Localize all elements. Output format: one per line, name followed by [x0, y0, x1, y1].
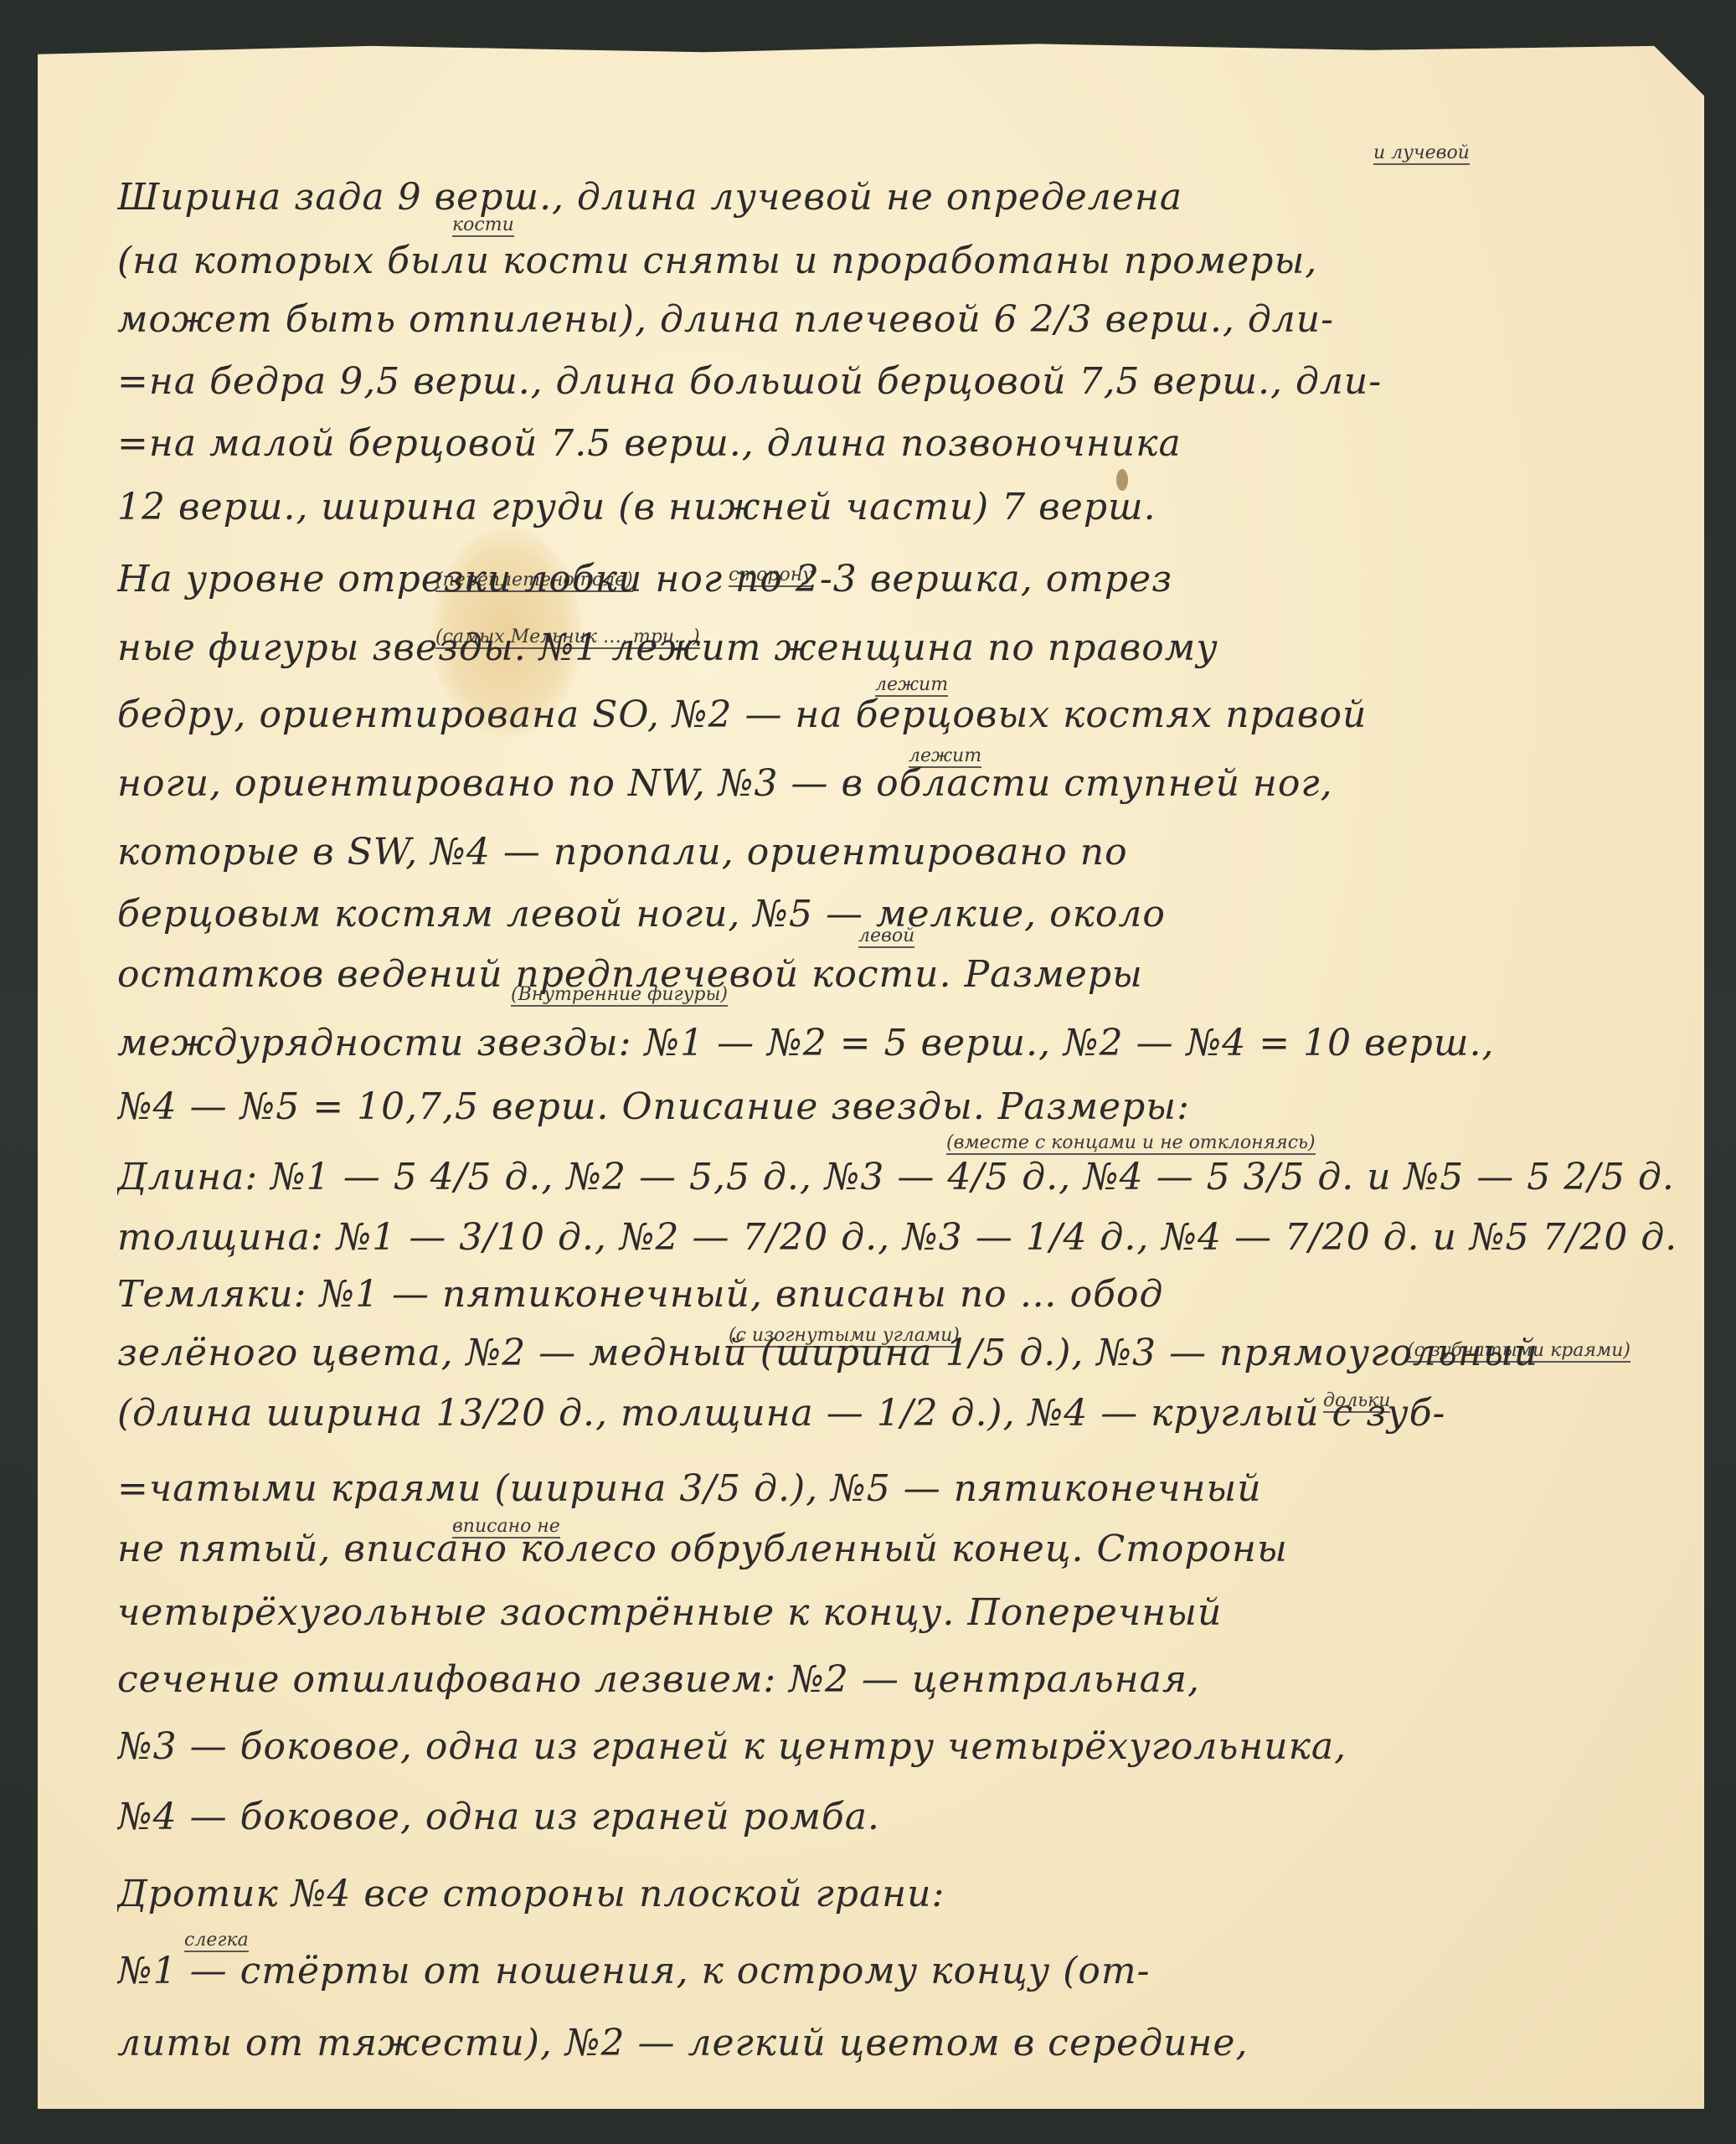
manuscript-line: Дротик №4 все стороны плоской грани:: [117, 1871, 1677, 1918]
manuscript-line: Длина: №1 — 5 4/5 д., №2 — 5,5 д., №3 — …: [117, 1154, 1677, 1201]
manuscript-line: 12 верш., ширина груди (в нижней части) …: [117, 484, 1677, 531]
manuscript-line: №1 — стёрты от ношения, к острому концу …: [117, 1948, 1677, 1995]
annotation-insertion: и лучевой: [1373, 142, 1470, 165]
manuscript-line: может быть отпилены), длина плечевой 6 2…: [117, 296, 1677, 343]
manuscript-line: =чатыми краями (ширина 3/5 д.), №5 — пят…: [117, 1466, 1677, 1513]
manuscript-line: четырёхугольные заострённые к концу. Поп…: [117, 1590, 1677, 1636]
annotation-insertion: (вместе с концами и не отклоняясь): [946, 1132, 1316, 1155]
manuscript-line: не пятый, вписано колесо обрубленный кон…: [117, 1526, 1677, 1573]
manuscript-line: Ширина зада 9 верш., длина лучевой не оп…: [117, 174, 1677, 221]
manuscript-line: сечение отшлифовано лезвием: №2 — центра…: [117, 1657, 1677, 1703]
manuscript-line: зелёного цвета, №2 — медный (ширина 1/5 …: [117, 1330, 1677, 1377]
manuscript-line: Темляки: №1 — пятиконечный, вписаны по ……: [117, 1271, 1677, 1318]
manuscript-line: бедру, ориентирована SO, №2 — на берцовы…: [117, 692, 1677, 739]
manuscript-line: =на бедра 9,5 верш., длина большой берцо…: [117, 358, 1677, 405]
manuscript-line: (длина ширина 13/20 д., толщина — 1/2 д.…: [117, 1390, 1677, 1437]
manuscript-line: остатков ведений предплечевой кости. Раз…: [117, 951, 1677, 998]
manuscript-line: междурядности звезды: №1 — №2 = 5 верш.,…: [117, 1020, 1677, 1067]
manuscript-line: ноги, ориентировано по NW, №3 — в област…: [117, 760, 1677, 807]
manuscript-line: ные фигуры звезды. №1 лежит женщина по п…: [117, 625, 1677, 672]
manuscript-line: литы от тяжести), №2 — легкий цветом в с…: [117, 2020, 1677, 2067]
manuscript-line: берцовым костям левой ноги, №5 — мелкие,…: [117, 891, 1677, 938]
manuscript-line: №4 — боковое, одна из граней ромба.: [117, 1794, 1677, 1841]
manuscript-line: =на малой берцовой 7.5 верш., длина позв…: [117, 420, 1677, 467]
manuscript-line: (на которых были кости сняты и проработа…: [117, 238, 1677, 285]
manuscript-line: №4 — №5 = 10,7,5 верш. Описание звезды. …: [117, 1084, 1677, 1131]
manuscript-line: толщина: №1 — 3/10 д., №2 — 7/20 д., №3 …: [117, 1214, 1677, 1261]
manuscript-line: №3 — боковое, одна из граней к центру че…: [117, 1724, 1677, 1770]
manuscript-line: На уровне отрезки лобки ног по 2-3 вершк…: [117, 556, 1677, 603]
manuscript-line: которые в SW, №4 — пропали, ориентирован…: [117, 829, 1677, 876]
